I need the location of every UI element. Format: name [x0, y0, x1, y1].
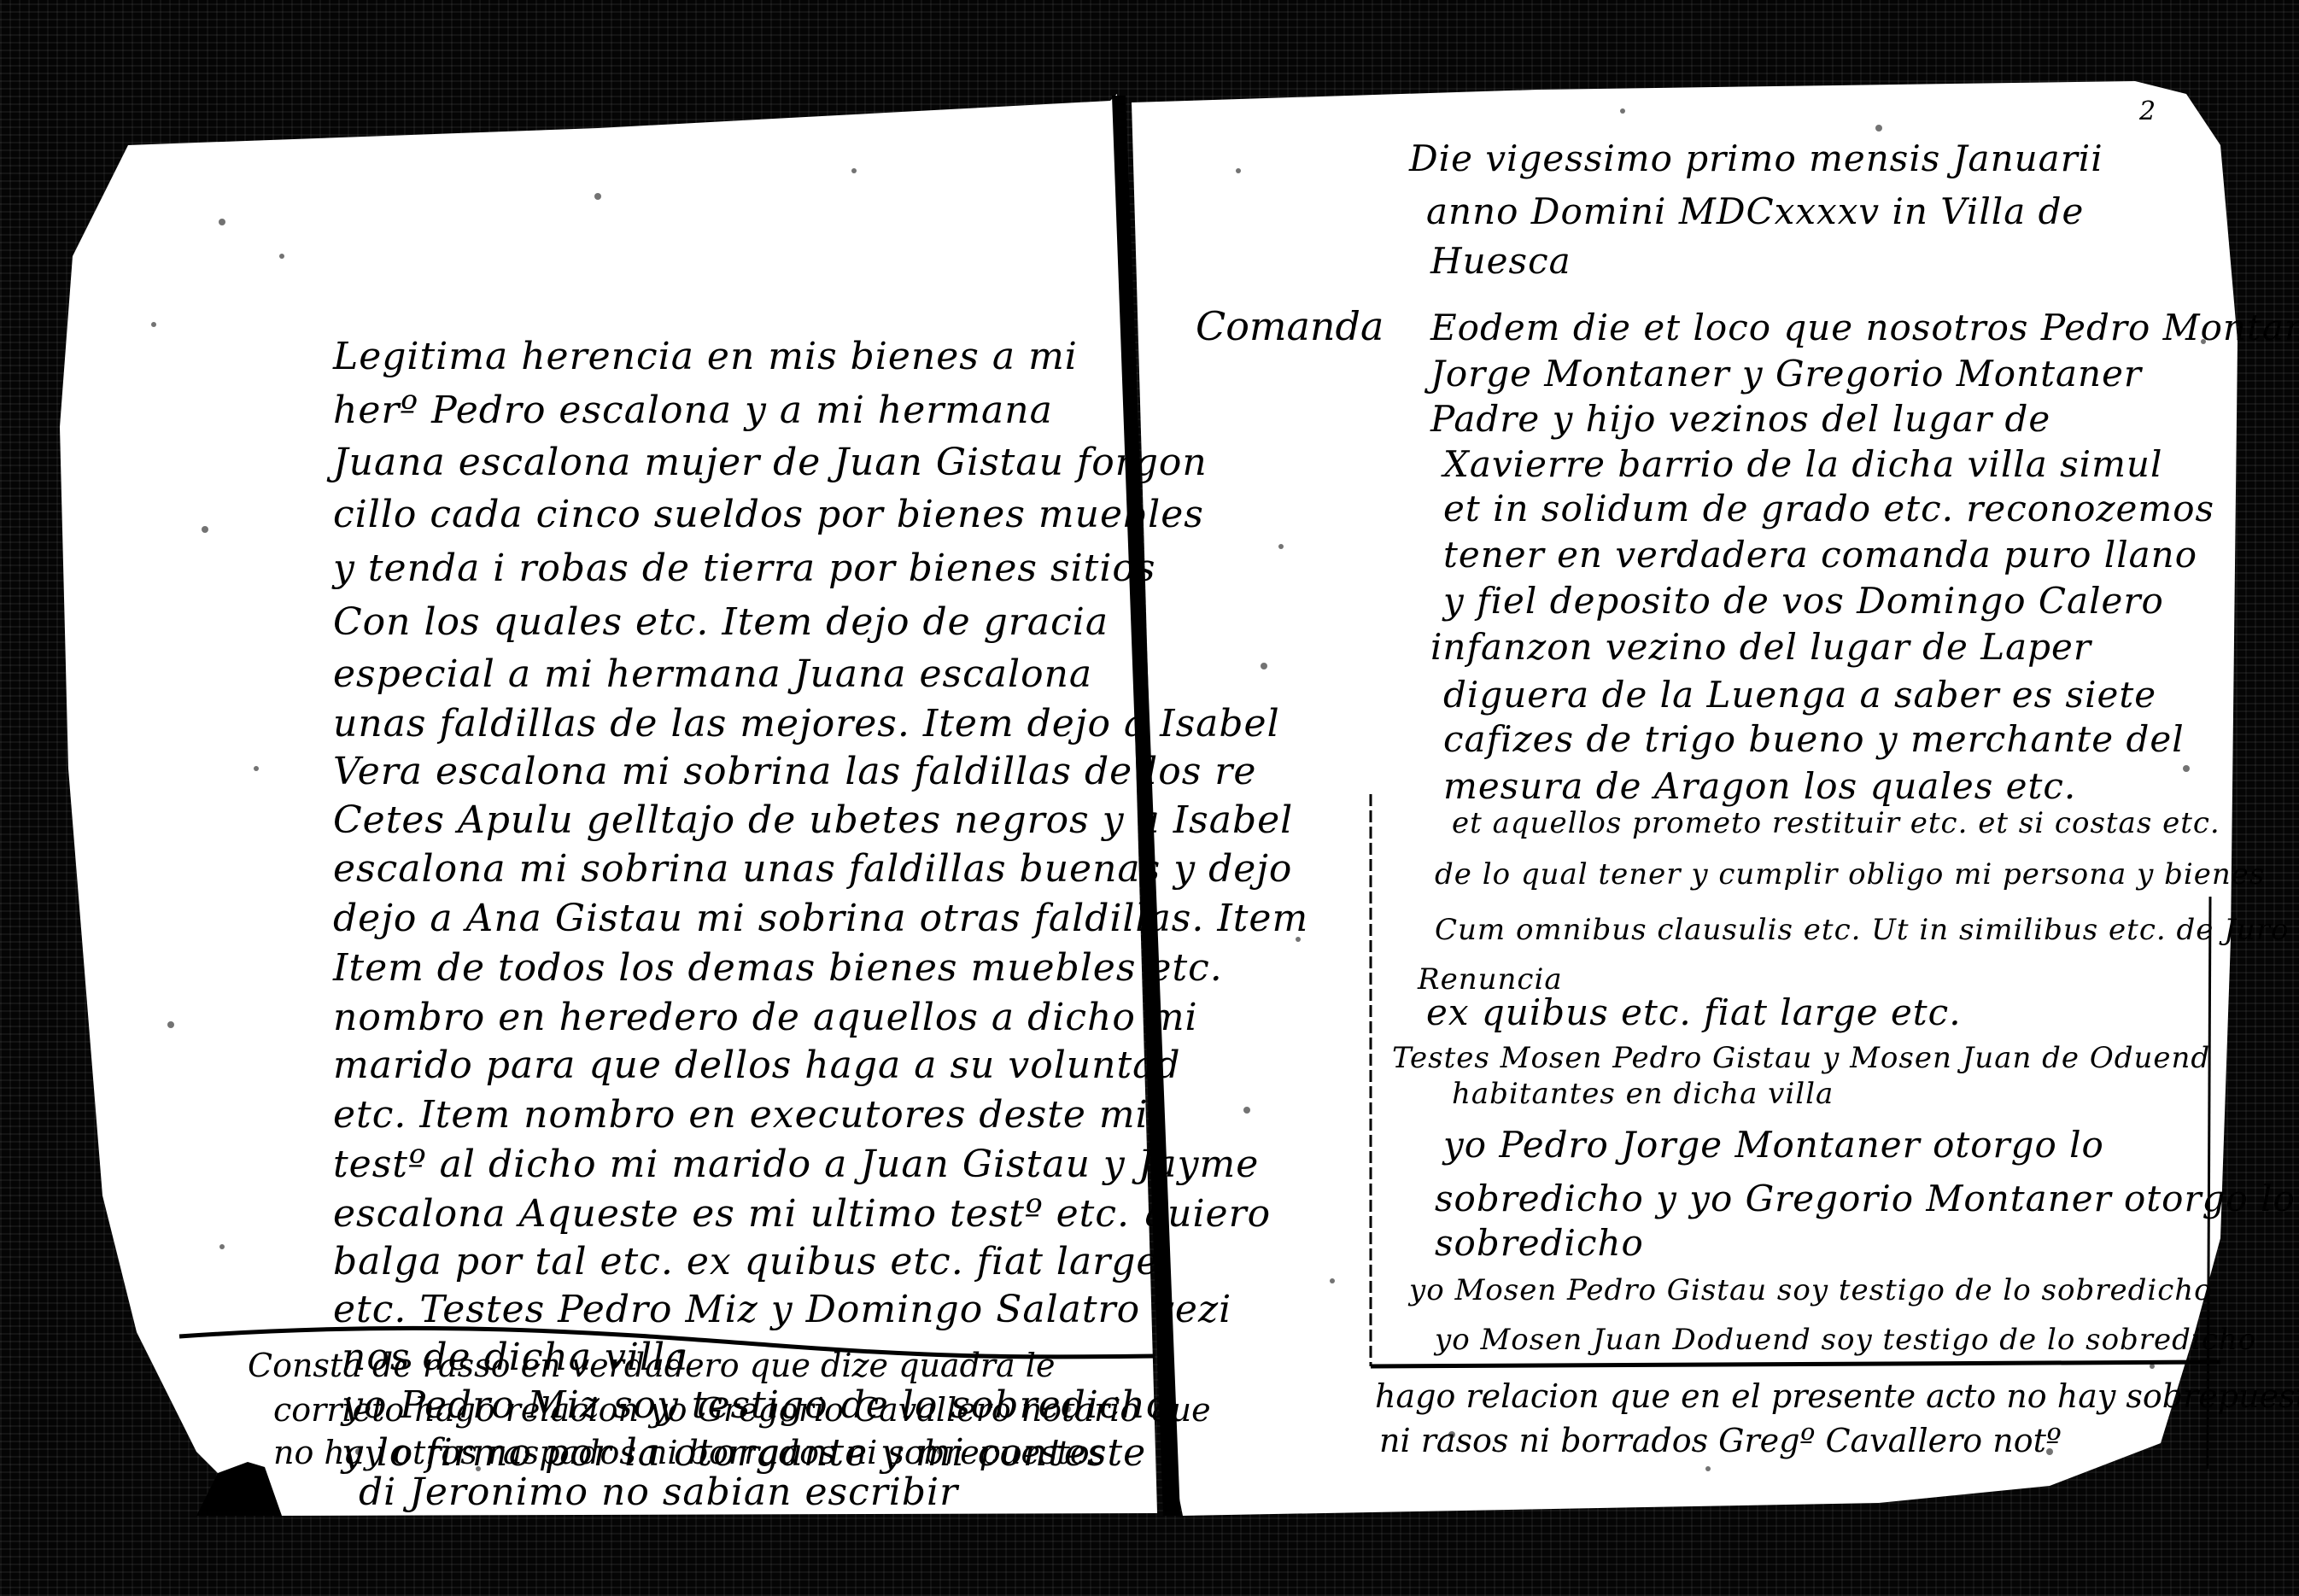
manuscript-spread: Legitima herencia en mis bienes a mi her… — [0, 0, 2299, 1596]
right-line: sobredicho — [1435, 1222, 1644, 1264]
left-line: y tenda i robas de tierra por bienes sit… — [331, 547, 1155, 590]
left-line: balga por tal etc. ex quibus etc. fiat l… — [333, 1240, 1159, 1283]
left-line: cillo cada cinco sueldos por bienes mueb… — [333, 493, 1204, 536]
left-line: Item de todos los demas bienes muebles e… — [332, 946, 1223, 990]
right-line: ex quibus etc. fiat large etc. — [1426, 991, 1962, 1033]
left-line: Juana escalona mujer de Juan Gistau forg… — [326, 441, 1208, 484]
left-line: dejo a Ana Gistau mi sobrina otras faldi… — [333, 897, 1308, 940]
right-line: yo Mosen Juan Doduend soy testigo de lo … — [1433, 1323, 2256, 1357]
left-footer-line: Consta de rasso en verdadero que dize qu… — [248, 1347, 1055, 1384]
left-line: marido para que dellos haga a su volunta… — [333, 1044, 1181, 1087]
left-line: unas faldillas de las mejores. Item dejo… — [333, 702, 1280, 745]
left-footer-line: no hay otros raspados ni borrados ni sob… — [273, 1434, 1106, 1471]
right-line: et aquellos prometo restituir etc. et si… — [1452, 806, 2220, 840]
right-line: Padre y hijo vezinos del lugar de — [1430, 398, 2050, 440]
right-line: Cum omnibus clausulis etc. Ut in similib… — [1435, 913, 2289, 947]
left-line: Con los quales etc. Item dejo de gracia — [333, 600, 1109, 644]
margin-note-comanda: Comanda — [1196, 303, 1383, 349]
left-line: testº al dicho mi marido a Juan Gistau y… — [333, 1143, 1259, 1186]
right-line: infanzon vezino del lugar de Laper — [1430, 626, 2093, 668]
left-line: escalona Aqueste es mi ultimo testº etc.… — [333, 1192, 1271, 1236]
left-footer-line: corrieto hago relacion yo Gregorio Caval… — [273, 1391, 1211, 1429]
right-line: habitantes en dicha villa — [1452, 1077, 1834, 1111]
left-line: Vera escalona mi sobrina las faldillas d… — [333, 750, 1256, 793]
right-footer-line: hago relacion que en el presente acto no… — [1375, 1377, 2299, 1415]
left-line: herº Pedro escalona y a mi hermana — [333, 389, 1053, 432]
left-line: Cetes Apulu gelltajo de ubetes negros y … — [333, 798, 1293, 842]
right-line: mesura de Aragon los quales etc. — [1443, 765, 2076, 807]
header-line: Huesca — [1430, 240, 1571, 282]
right-line: Xavierre barrio de la dicha villa simul — [1441, 443, 2162, 485]
header-line: Die vigessimo primo mensis Januarii — [1408, 137, 2103, 179]
left-line: etc. Item nombro en executores deste mi — [333, 1093, 1149, 1137]
left-line: especial a mi hermana Juana escalona — [333, 652, 1092, 696]
right-line: yo Pedro Jorge Montaner otorgo lo — [1442, 1124, 2104, 1166]
left-line: Legitima herencia en mis bienes a mi — [332, 335, 1078, 378]
folio-number: 2 — [2138, 96, 2156, 126]
left-line: escalona mi sobrina unas faldillas buena… — [333, 847, 1292, 891]
right-line: Eodem die et loco que nosotros Pedro Mon… — [1430, 307, 2299, 348]
right-line: y fiel deposito de vos Domingo Calero — [1442, 580, 2164, 622]
left-line: di Jeronimo no sabian escribir — [359, 1470, 960, 1514]
right-line: et in solidum de grado etc. reconozemos — [1443, 488, 2214, 529]
right-line: cafizes de trigo bueno y merchante del — [1443, 718, 2185, 760]
right-line: tener en verdadera comanda puro llano — [1443, 534, 2197, 576]
right-footer-line: ni rasos ni borrados Gregº Cavallero not… — [1379, 1422, 2062, 1459]
right-line: Jorge Montaner y Gregorio Montaner — [1424, 353, 2144, 395]
left-line: etc. Testes Pedro Miz y Domingo Salatro … — [333, 1288, 1231, 1331]
left-line: nombro en heredero de aquellos a dicho m… — [333, 996, 1198, 1039]
right-line: yo Mosen Pedro Gistau soy testigo de lo … — [1407, 1273, 2213, 1307]
right-line: Testes Mosen Pedro Gistau y Mosen Juan d… — [1392, 1041, 2210, 1075]
right-line: sobredicho y yo Gregorio Montaner otorgo… — [1435, 1178, 2296, 1219]
header-line: anno Domini MDCxxxxv in Villa de — [1426, 190, 2084, 232]
right-line: diguera de la Luenga a saber es siete — [1443, 674, 2156, 716]
right-line: de lo qual tener y cumplir obligo mi per… — [1435, 857, 2265, 892]
